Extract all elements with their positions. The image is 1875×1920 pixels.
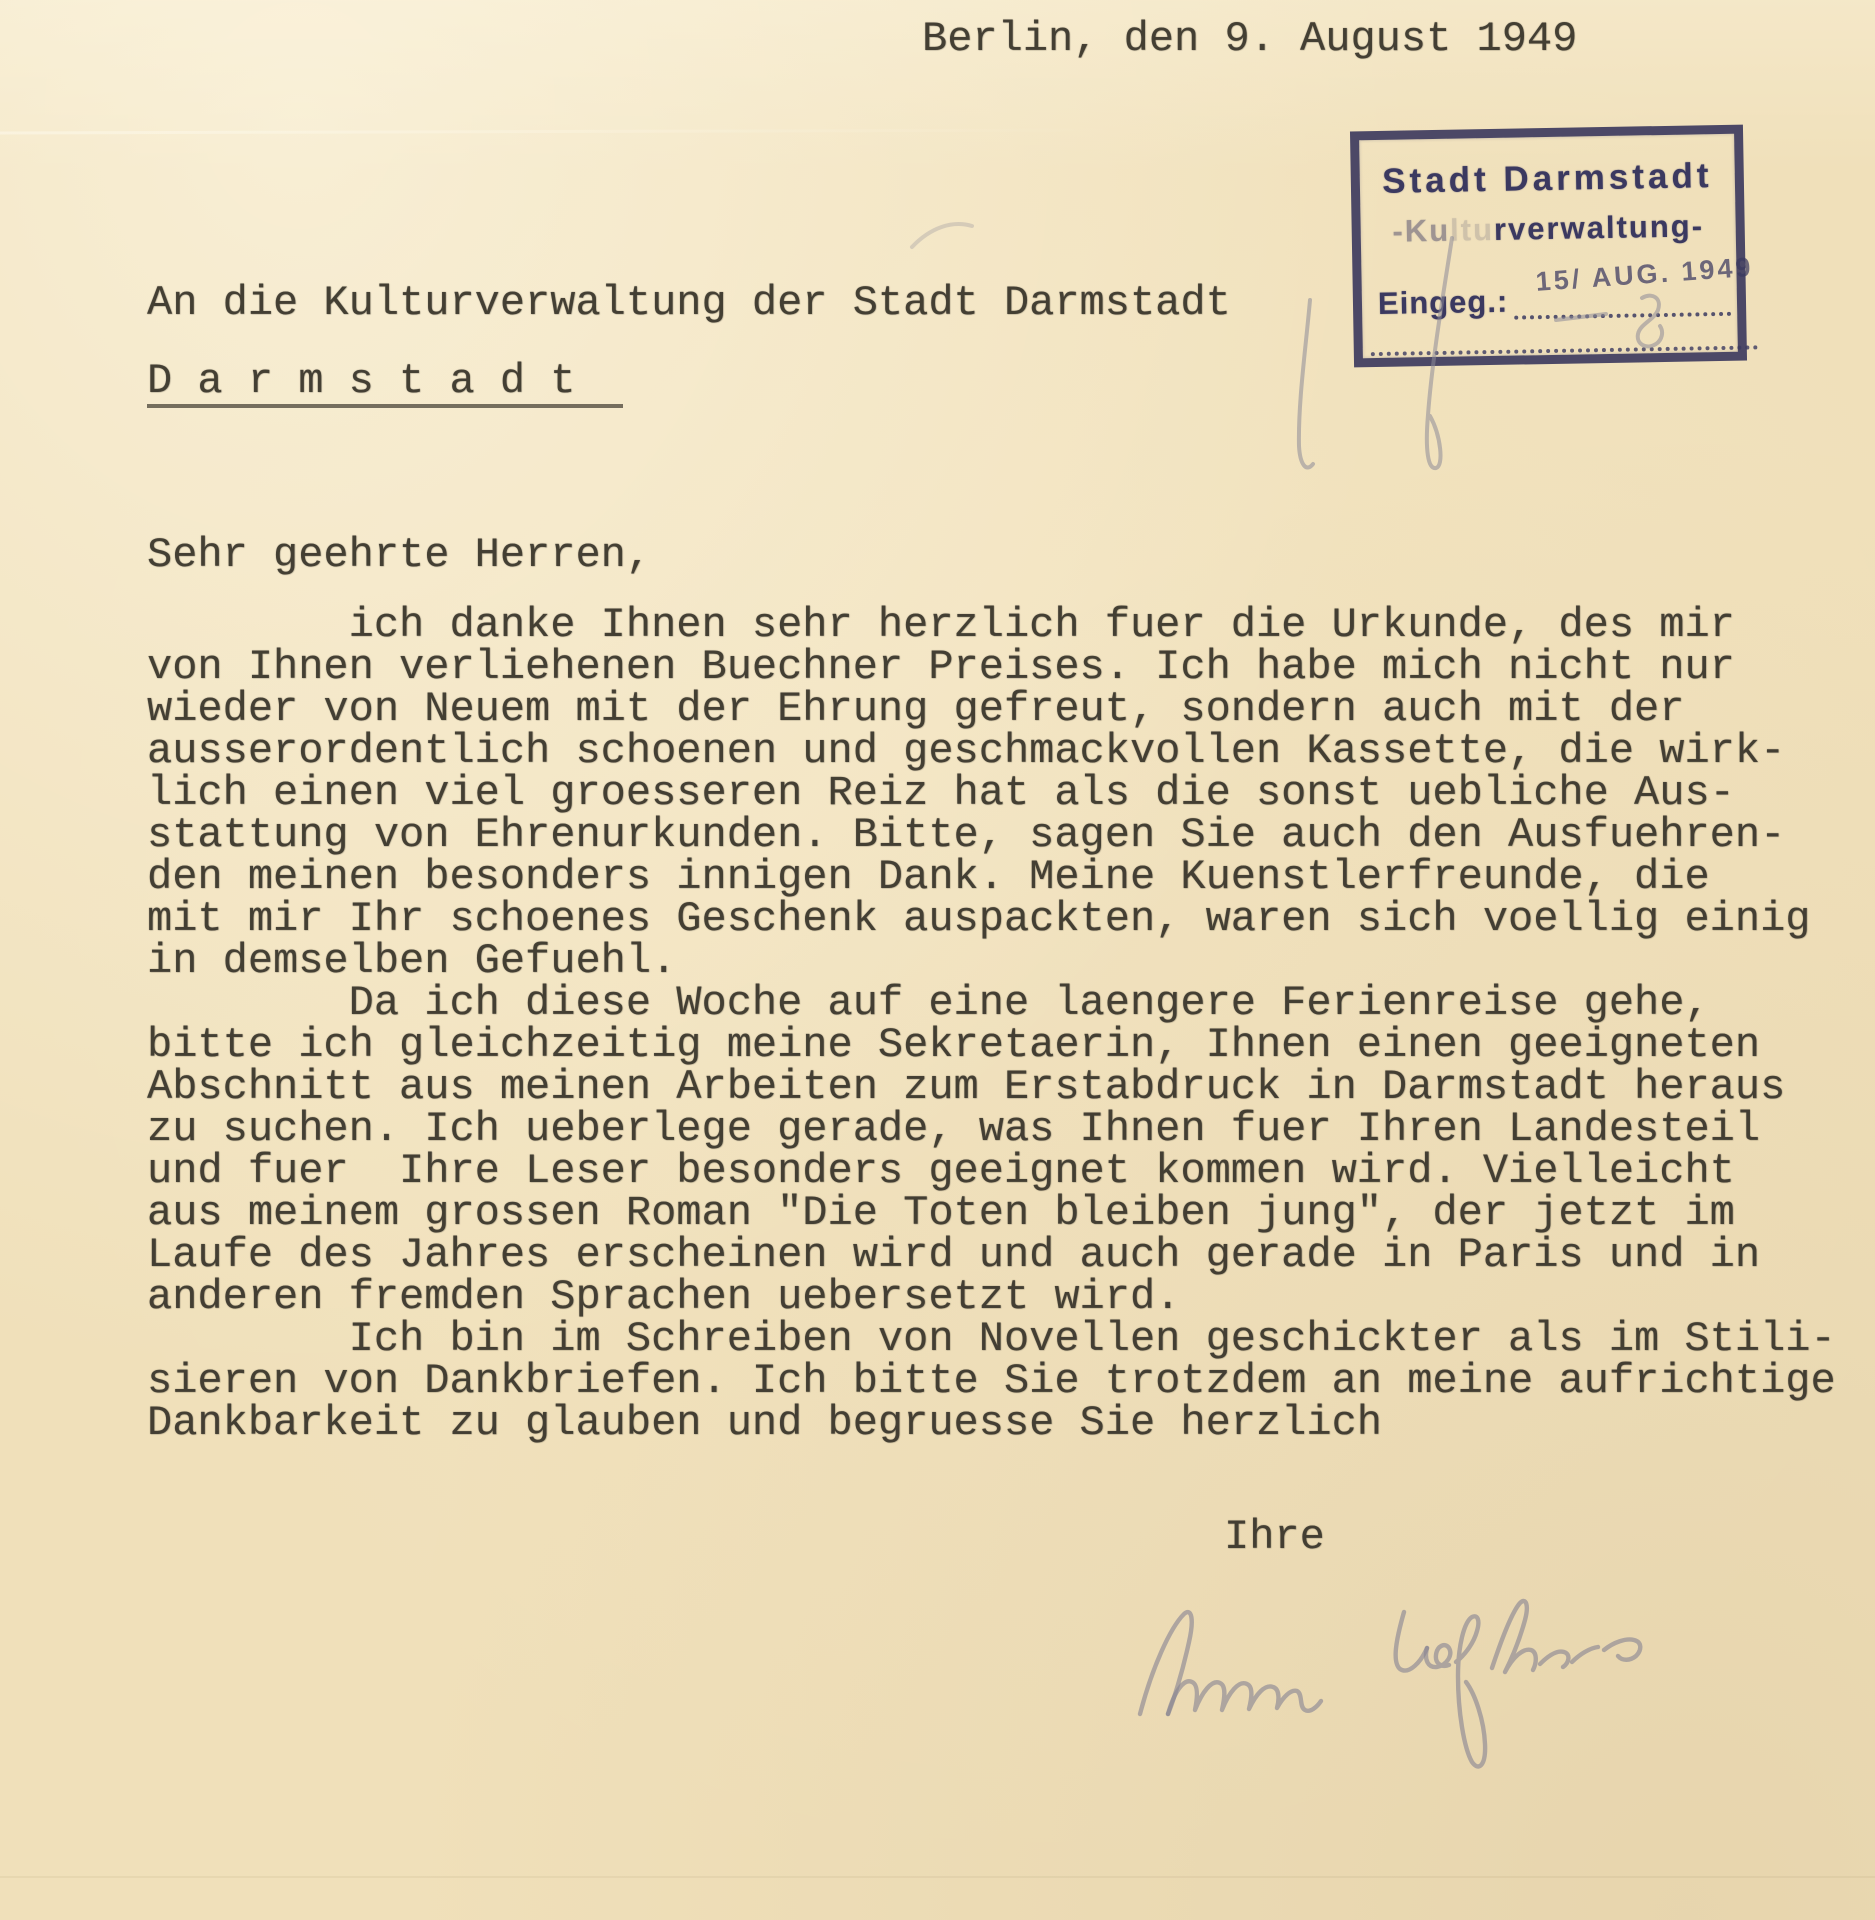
salutation-line: Sehr geehrte Herren, (147, 534, 651, 576)
signature-anna-seghers (1140, 1601, 1640, 1766)
date-line: Berlin, den 9. August 1949 (922, 18, 1577, 60)
stamp-city-line: Stadt Darmstadt (1360, 156, 1736, 203)
recipient-city-underlined: D a r m s t a d t (147, 360, 623, 408)
stamp-department-very-faded: ltu (1450, 212, 1494, 248)
stamp-received-label: Eingeg.: (1378, 284, 1509, 322)
stamp-received-date: 15/ AUG. 1949 (1535, 252, 1755, 298)
recipient-city: D a r m s t a d t (147, 360, 623, 408)
stamp-department-line: -Kulturverwaltung- (1360, 208, 1736, 251)
paper-crease (0, 129, 1125, 135)
closing-line: Ihre (1224, 1516, 1325, 1558)
stamp-dotted-line-bottom (1371, 341, 1758, 356)
stamp-dotted-line (1514, 308, 1731, 320)
recipient-line: An die Kulturverwaltung der Stadt Darmst… (147, 282, 1231, 324)
received-stamp: Stadt Darmstadt -Kulturverwaltung- Einge… (1350, 125, 1747, 368)
stamp-received-row: Eingeg.: 15/ AUG. 1949 (1378, 280, 1732, 322)
stamp-department-visible: rverwaltung- (1494, 208, 1705, 247)
paper-crease-bottom (0, 1876, 1875, 1878)
stamp-department-faded: -Ku (1392, 213, 1450, 249)
letter-body: ich danke Ihnen sehr herzlich fuer die U… (147, 604, 1836, 1444)
letter-page: Berlin, den 9. August 1949 Stadt Darmsta… (0, 0, 1875, 1920)
